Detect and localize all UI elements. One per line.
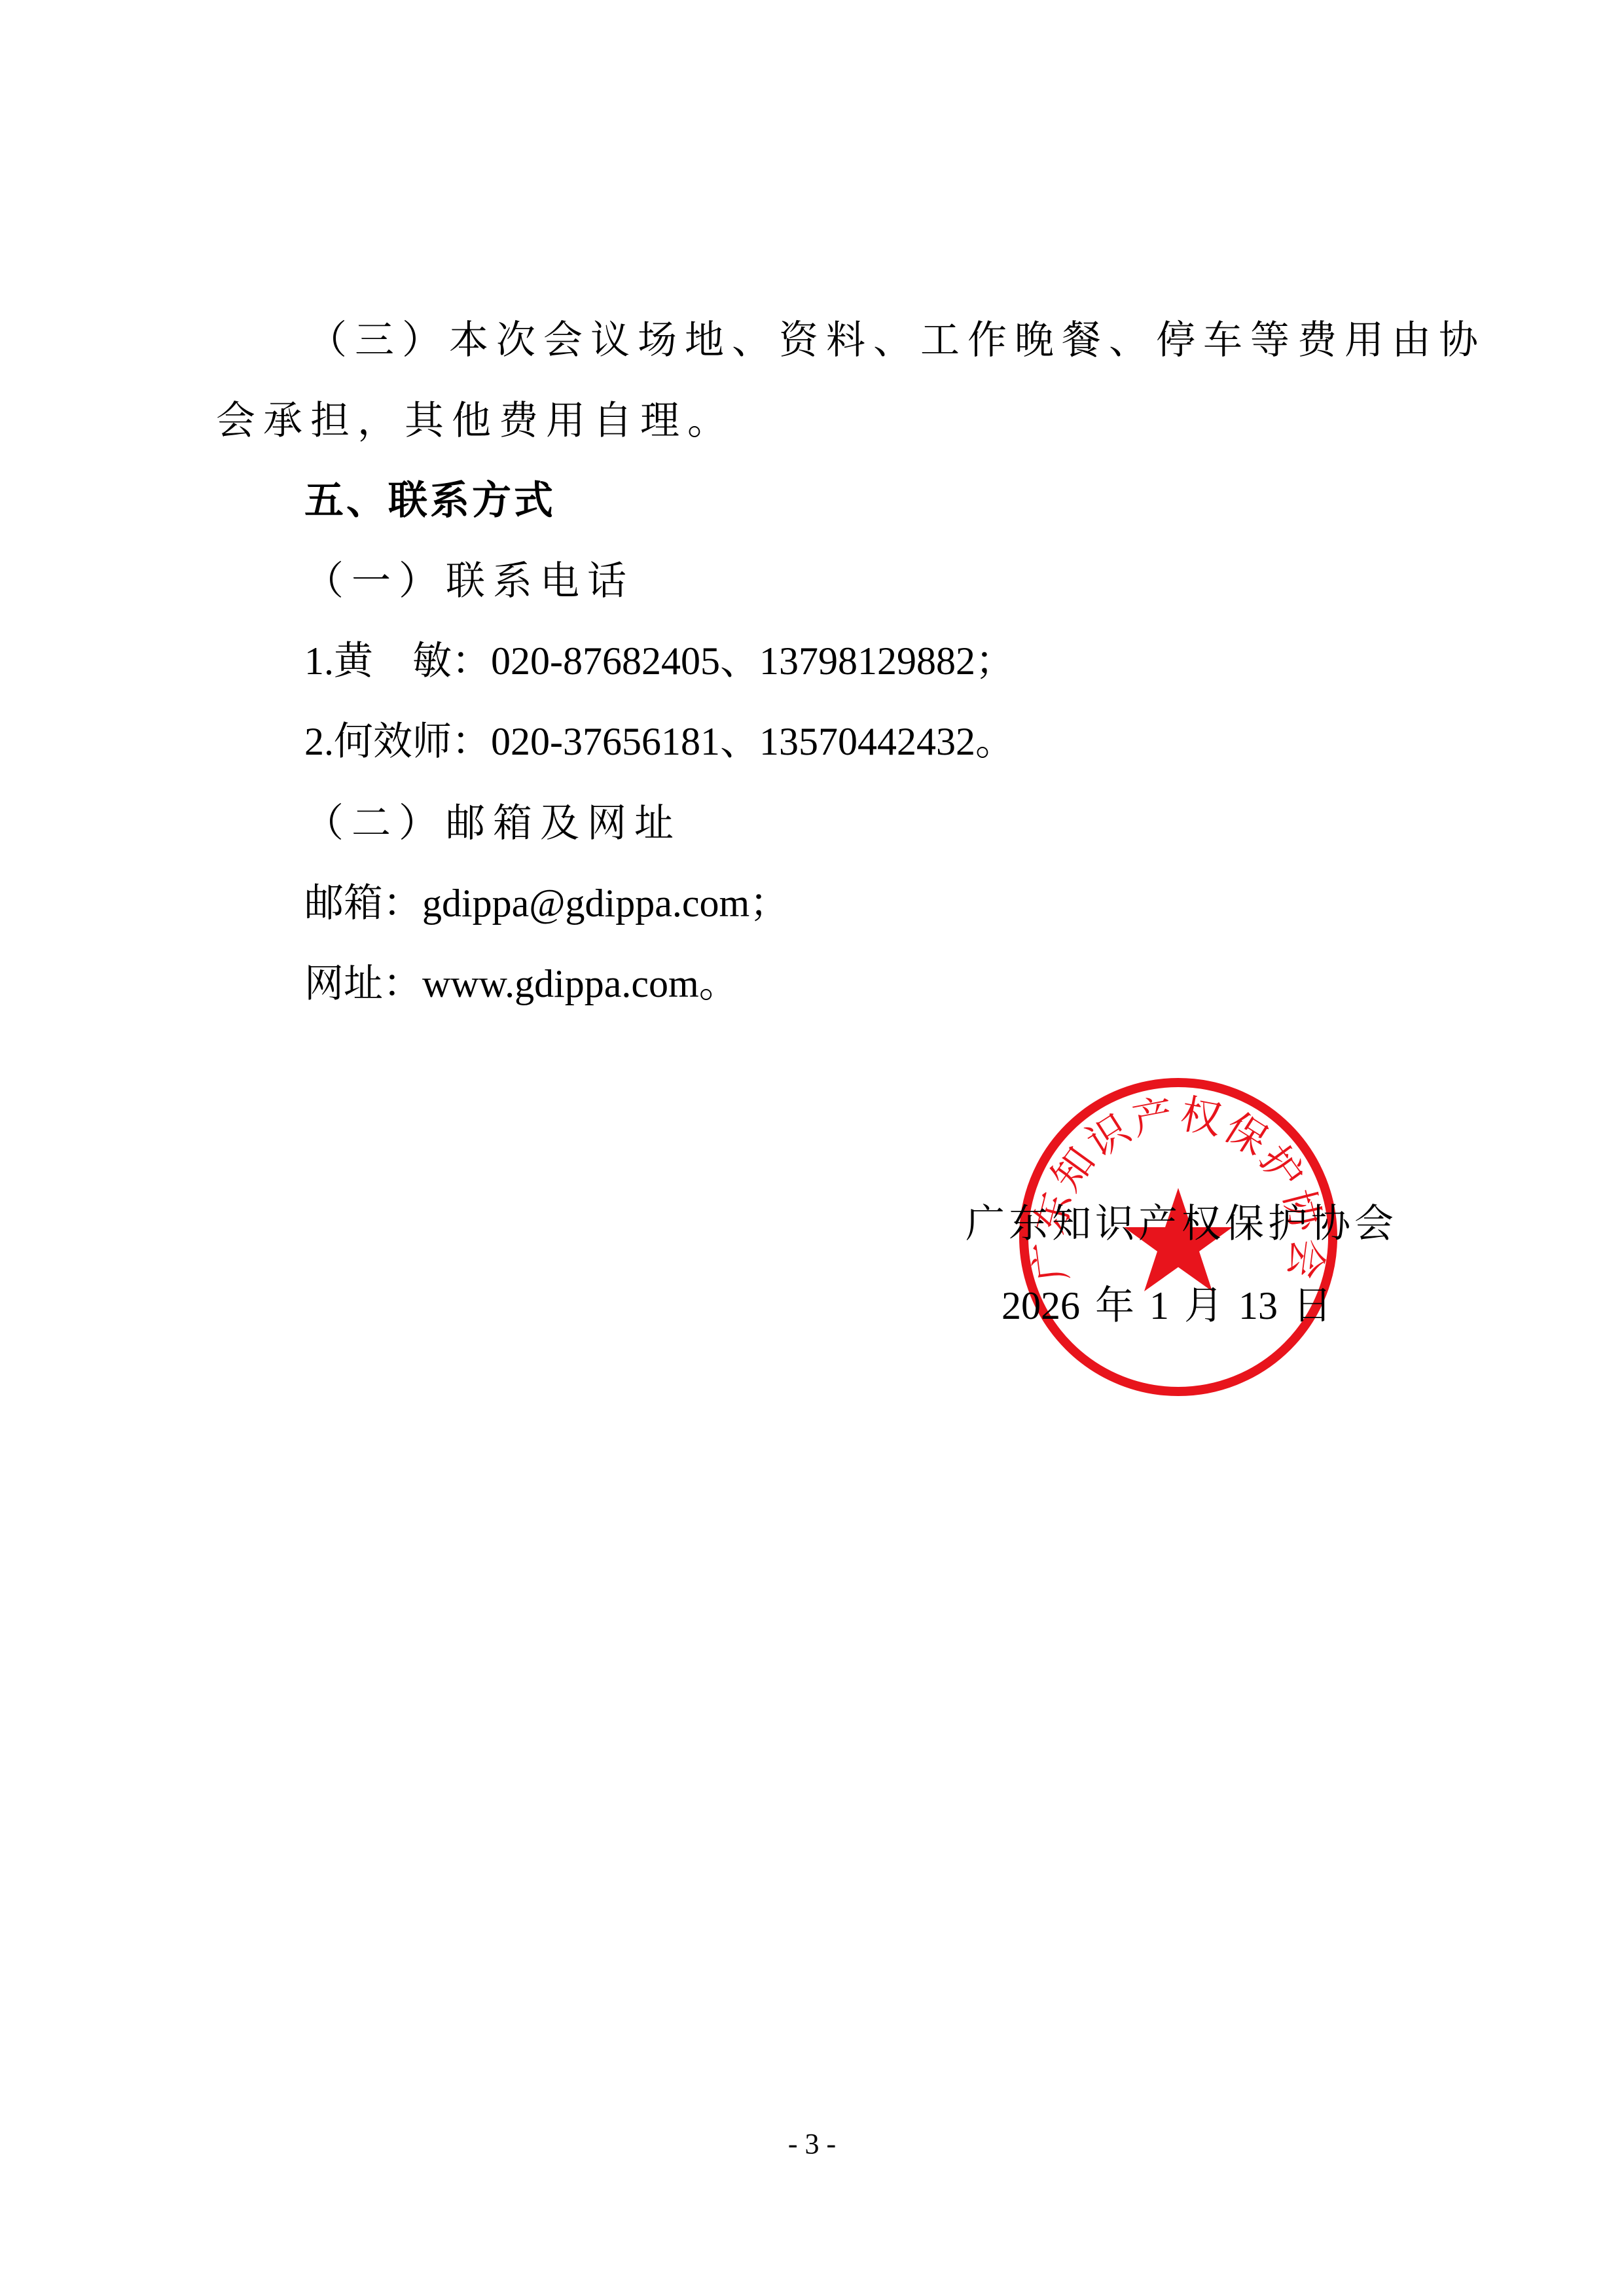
paragraph-fees-line1: （三）本次会议场地、资料、工作晚餐、停车等费用由协 <box>308 314 1486 367</box>
paragraph-fees-line2: 会承担，其他费用自理。 <box>216 395 734 447</box>
contact-he-xiaoshi: 2.何效师：020-37656181、13570442432。 <box>304 715 1015 768</box>
signature-organization: 广东知识产权保护协会 <box>965 1198 1398 1250</box>
email-line: 邮箱：gdippa@gdippa.com； <box>304 877 789 929</box>
website-line: 网址：www.gdippa.com。 <box>304 958 738 1010</box>
subheading-phone: （一）联系电话 <box>304 555 634 607</box>
section-heading-contact: 五、联系方式 <box>304 475 556 527</box>
subheading-email-website: （二）邮箱及网址 <box>304 797 681 850</box>
page-number: - 3 - <box>0 2127 1624 2161</box>
contact-huang-min: 1.黄 敏：020-87682405、13798129882； <box>304 635 1015 687</box>
signature-date: 2026 年 1 月 13 日 <box>1001 1280 1332 1332</box>
